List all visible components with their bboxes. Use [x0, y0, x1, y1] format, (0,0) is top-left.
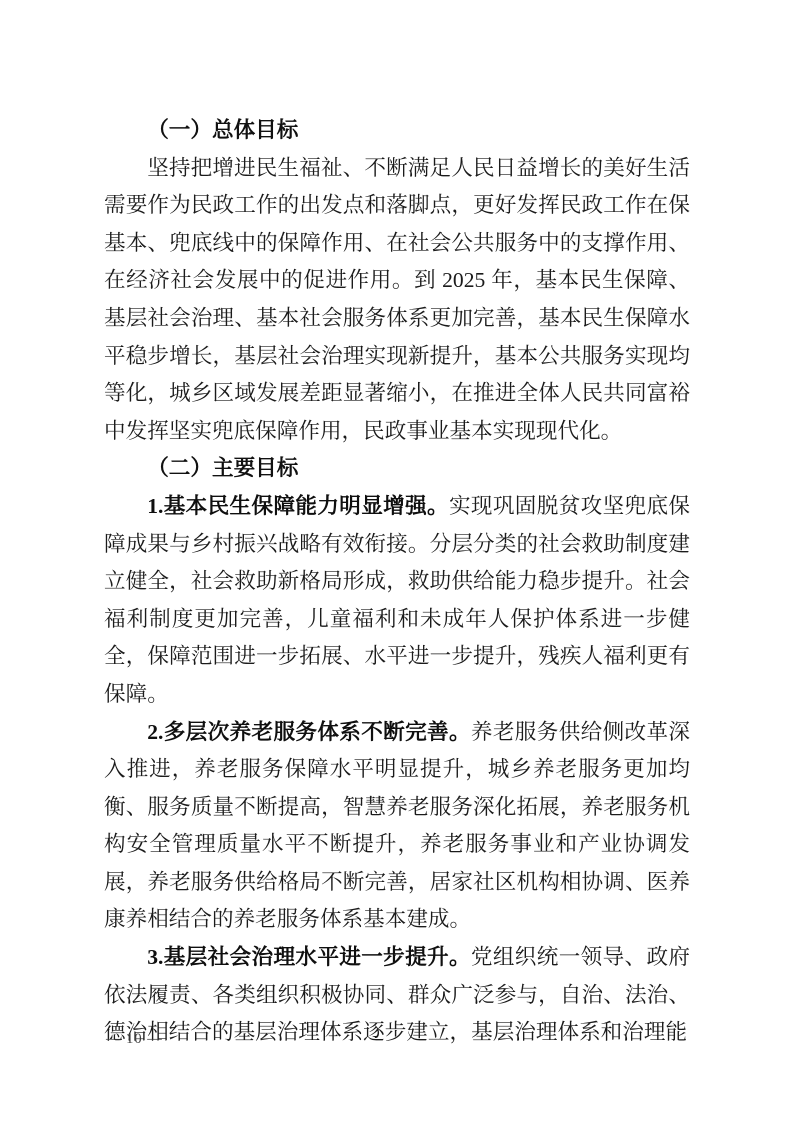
document-body: （一）总体目标坚持把增进民生福祉、不断满足人民日益增长的美好生活需要作为民政工作…: [104, 112, 690, 1052]
paragraph-goal-2: 2.多层次养老服务体系不断完善。养老服务供给侧改革深入推进，养老服务保障水平明显…: [104, 714, 690, 940]
paragraph-text: 养老服务供给侧改革深入推进，养老服务保障水平明显提升，城乡养老服务更加均衡、服务…: [104, 720, 690, 932]
paragraph-lead-bold: 1.基本民生保障能力明显增强。: [147, 494, 449, 518]
page-number: — 10 —: [106, 1031, 163, 1048]
section-heading-2: （二）主要目标: [104, 450, 690, 488]
paragraph-lead-bold: 3.基层社会治理水平进一步提升。: [147, 945, 471, 969]
paragraph-goal-3: 3.基层社会治理水平进一步提升。党组织统一领导、政府依法履责、各类组织积极协同、…: [104, 939, 690, 1052]
paragraph-overall-goal: 坚持把增进民生福祉、不断满足人民日益增长的美好生活需要作为民政工作的出发点和落脚…: [104, 150, 690, 451]
document-page: （一）总体目标坚持把增进民生福祉、不断满足人民日益增长的美好生活需要作为民政工作…: [0, 0, 793, 1122]
paragraph-text: 实现巩固脱贫攻坚兜底保障成果与乡村振兴战略有效衔接。分层分类的社会救助制度建立健…: [104, 494, 690, 706]
paragraph-text: 坚持把增进民生福祉、不断满足人民日益增长的美好生活需要作为民政工作的出发点和落脚…: [104, 156, 690, 443]
paragraph-lead-bold: 2.多层次养老服务体系不断完善。: [147, 720, 471, 744]
paragraph-goal-1: 1.基本民生保障能力明显增强。实现巩固脱贫攻坚兜底保障成果与乡村振兴战略有效衔接…: [104, 488, 690, 714]
section-heading-1: （一）总体目标: [104, 112, 690, 150]
